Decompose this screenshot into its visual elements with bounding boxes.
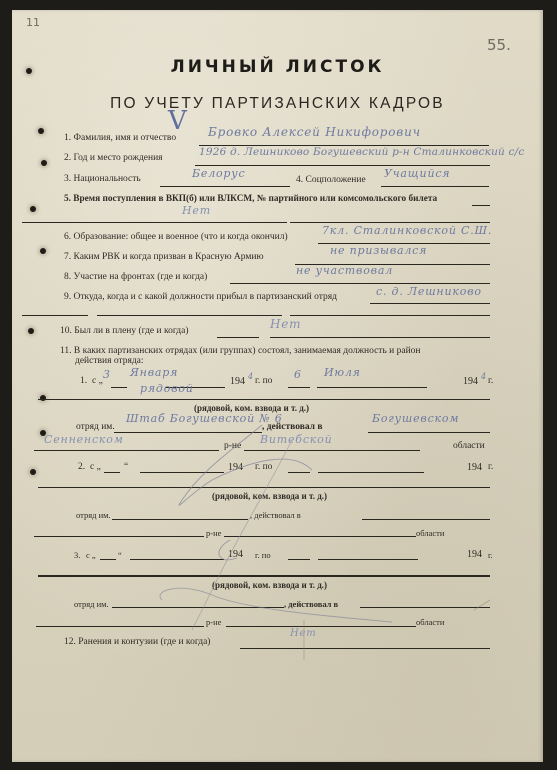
field-10-line-b [270,337,490,338]
entry-2-close-quote: “ [124,462,128,472]
entry-3-otryad-line [112,607,284,608]
entry-2-otryad-label: отряд им. [76,510,111,520]
entry-1-day-line [111,387,127,388]
entry-1-rayon-line [244,450,420,451]
entry-1-g: г. [488,376,493,386]
field-5-value[interactable]: Нет [182,204,211,217]
binder-hole [30,469,36,475]
entry-3-year-prefix: 194 [228,549,243,560]
field-10-value[interactable]: Нет [270,317,301,331]
field-3-value[interactable]: Белорус [192,167,245,180]
entry-1-rank[interactable]: рядовой [140,382,194,395]
entry-2-from-prefix: с „ [90,462,101,472]
field-4-value[interactable]: Учащийся [384,167,450,180]
entry-1-deystvoval-value[interactable]: Богушевском [372,412,459,425]
entry-1-to-year-prefix: 194 [463,376,478,387]
field-11-label-2: действия отряда: [75,356,144,366]
entry-2-rank-hint: (рядовой, ком. взвода и т. д.) [212,491,327,501]
entry-2-otryad-line [112,519,248,520]
entry-3-otryad-label: отряд им. [74,599,109,609]
field-9-label: 9. Откуда, когда и с какой должности при… [64,292,337,302]
entry-1-to-year[interactable]: 4 [481,372,487,381]
checkmark-icon: V [168,106,188,136]
entry-1-rayon-prefix[interactable]: Сенненском [44,433,124,446]
field-9-line-2b [97,315,252,316]
entry-3-rayon-label: р-не [206,617,221,627]
entry-2-year-prefix: 194 [228,462,243,473]
field-9-line-2d [290,315,490,316]
field-3-label: 3. Национальность [64,174,141,184]
binder-hole [40,248,46,254]
entry-3-oblast-label: области [416,617,444,627]
entry-2-oblast-label: области [416,528,444,538]
entry-1-rayon-prefix-line [34,450,219,451]
entry-1-from-year[interactable]: 4 [248,372,254,381]
entry-1-from-month[interactable]: Января [130,366,178,379]
entry-3-number: 3. [74,550,80,560]
entry-1-rayon-label: р-не [224,441,241,451]
entry-1-deystvoval-line [368,432,490,433]
binder-hole [30,206,36,212]
entry-2-number: 2. [78,462,85,472]
field-2-label: 2. Год и место рождения [64,153,163,163]
entry-2-rank-line [38,487,490,488]
entry-1-number: 1. [80,376,87,386]
entry-1-otryad-name[interactable]: Штаб Богушевской № 6 [126,412,283,425]
entry-2-g: г. [488,462,493,472]
entry-3-to-day-line [288,559,310,560]
entry-3-close-quote: “ [118,550,122,560]
field-12-line [240,648,490,649]
field-6-label: 6. Образование: общее и военное (что и к… [64,232,288,242]
entry-2-rayon-prefix-line [34,536,204,537]
document-title: ЛИЧНЫЙ ЛИСТОК [12,57,543,77]
page-number: 55. [487,36,511,54]
field-7-label: 7. Каким РВК и когда призван в Красную А… [64,252,264,262]
field-8-value[interactable]: не участвовал [296,264,393,277]
document-subtitle: ПО УЧЕТУ ПАРТИЗАНСКИХ КАДРОВ [12,95,543,113]
entry-3-g: г. [488,550,493,560]
entry-3-deystvoval-label: , действовал в [284,599,338,609]
field-9-line-2a [22,315,88,316]
entry-1-deystvoval-label: , действовал в [262,422,323,432]
field-10-label: 10. Был ли в плену (где и когда) [60,326,189,336]
entry-3-rayon-prefix-line [36,626,204,627]
field-5-line-end [472,205,490,206]
entry-2-to-day-line [288,472,310,473]
field-5-line-a [22,222,287,223]
entry-3-to-year-prefix: 194 [467,549,482,560]
entry-1-po: г. по [255,376,272,386]
field-4-label: 4. Соцположение [296,175,366,185]
field-10-line-a [217,337,259,338]
entry-3-po: г. по [255,550,271,560]
entry-1-to-month-line [317,387,427,388]
entry-3-rank-hint: (рядовой, ком. взвода и т. д.) [212,580,327,590]
field-9-value[interactable]: с. д. Лешниково [376,285,482,298]
entry-2-rayon-line [224,536,416,537]
field-5-line-b [290,222,490,223]
field-5-label: 5. Время поступления в ВКП(б) или ВЛКСМ,… [64,194,437,204]
entry-3-from-prefix: с „ [86,550,96,560]
field-9-line [370,303,490,304]
entry-1-oblast-label: области [453,441,485,451]
field-1-value[interactable]: Бровко Алексей Никифорович [208,125,421,139]
entry-3-rayon-line [226,626,416,627]
field-2-line [195,165,490,166]
field-12-value[interactable]: Нет [290,628,317,639]
entry-2-rayon-label: р-не [206,528,221,538]
entry-1-to-day-line [288,387,310,388]
entry-2-to-year-prefix: 194 [467,462,482,473]
entry-2-deystvoval-line [362,519,490,520]
entry-2-day-line [104,472,120,473]
field-12-label: 12. Ранения и контузии (где и когда) [64,637,210,647]
field-11-label: 11. В каких партизанских отрядах (или гр… [60,346,421,356]
binder-hole [40,395,46,401]
personal-record-sheet: 11 55. ЛИЧНЫЙ ЛИСТОК ПО УЧЕТУ ПАРТИЗАНСК… [12,10,543,762]
field-8-label: 8. Участие на фронтах (где и когда) [64,272,207,282]
entry-2-to-month-line [318,472,424,473]
entry-1-year-prefix: 194 [230,376,245,387]
entry-3-rank-line [38,575,490,577]
entry-3-to-month-line [318,559,418,560]
field-4-line [381,186,489,187]
binder-hole [38,128,44,134]
field-7-value[interactable]: не призывался [330,244,427,257]
entry-2-month-line [140,472,224,473]
field-6-value[interactable]: 7кл. Сталинковской С.Ш. [322,224,492,237]
bleed-through-text [222,694,224,704]
entry-3-day-line [100,559,116,560]
entry-2-po: г. по [255,462,272,472]
field-1-label: 1. Фамилия, имя и отчество [64,133,176,143]
entry-1-from-prefix: с „ [92,376,103,386]
corner-mark: 11 [26,16,40,29]
field-8-line [230,283,490,284]
field-9-line-2c [252,315,282,316]
binder-hole [28,328,34,334]
entry-1-otryad-label: отряд им. [76,422,115,432]
entry-3-month-line [130,559,224,560]
binder-hole [41,160,47,166]
entry-1-rank-line [38,399,490,400]
entry-1-otryad-line [114,432,262,433]
entry-1-from-day[interactable]: 3 [103,368,111,381]
field-2-value[interactable]: 1926 д. Лешниково Богушевский р-н Сталин… [199,146,524,158]
field-3-line [160,186,290,187]
entry-3-deystvoval-line [360,607,490,608]
entry-1-to-day[interactable]: 6 [294,368,302,381]
entry-2-deystvoval-label: , действовал в [250,510,301,520]
entry-1-to-month[interactable]: Июля [324,366,361,379]
entry-1-rayon-value[interactable]: Витебской [260,433,332,446]
